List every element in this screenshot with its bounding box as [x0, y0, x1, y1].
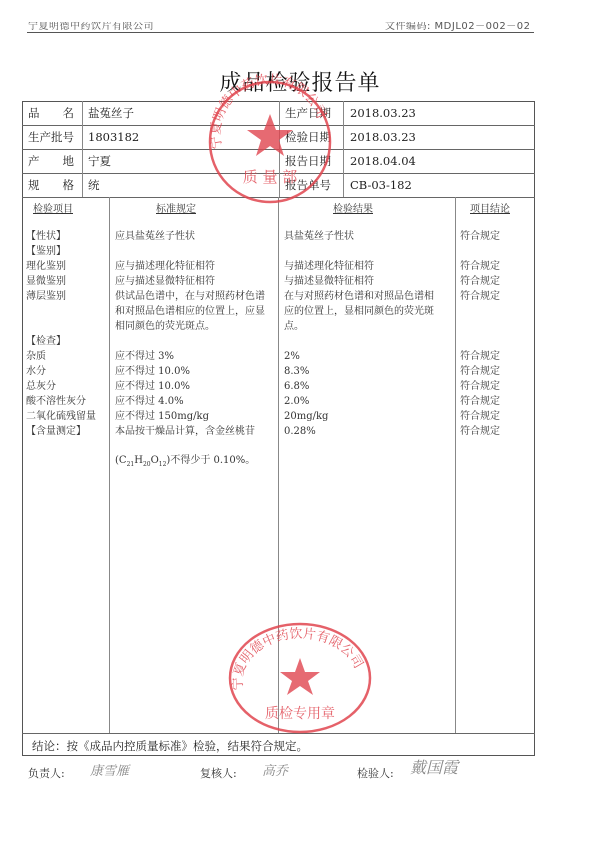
- table-row-item: 【性状】: [26, 229, 96, 244]
- table-row-result: 8.3%: [284, 364, 434, 379]
- table-row-item: 【含量测定】: [26, 424, 96, 439]
- table-row-conclusion: 符合规定: [460, 364, 500, 379]
- column-header-conclusion: 项目结论: [470, 200, 510, 215]
- table-row-item: 【鉴别】: [26, 244, 96, 259]
- table-row-result: 与描述理化特征相符: [284, 259, 434, 274]
- table-row-conclusion: 符合规定: [460, 424, 500, 439]
- table-row-standard: [115, 244, 265, 259]
- table-row-conclusion: 符合规定: [460, 394, 500, 409]
- column-header-standard: 标准规定: [156, 200, 196, 215]
- table-row-conclusion: 符合规定: [460, 349, 500, 364]
- divider: [278, 197, 279, 733]
- document-code: 文件编码: MDJL02－002－02: [385, 22, 530, 31]
- inspector-label: 检验人:: [357, 765, 394, 781]
- inspector-signature: 戴国霞: [410, 755, 458, 778]
- table-row-result: 2%: [284, 349, 434, 364]
- table-row-result: [284, 214, 434, 229]
- table-row-standard: 应不得过 10.0%: [115, 379, 265, 394]
- table-row-conclusion: [460, 334, 500, 349]
- batch-value: 1803182: [88, 130, 139, 144]
- table-row-result: 0.28%: [284, 424, 434, 439]
- table-row-standard: 供试品色谱中，在与对照药材色谱: [115, 289, 265, 304]
- responsible-label: 负责人:: [28, 765, 65, 781]
- origin-value: 宁夏: [88, 154, 111, 168]
- table-row-standard: 相同颜色的荧光斑点。: [115, 319, 265, 334]
- table-row-item: 薄层鉴别: [26, 289, 96, 304]
- table-row-result: 与描述显微特征相符: [284, 274, 434, 289]
- table-row-item: 显微鉴别: [26, 274, 96, 289]
- table-row-conclusion: 符合规定: [460, 289, 500, 304]
- table-row-conclusion: [460, 304, 500, 319]
- inspection-date-label: 检验日期: [285, 130, 331, 144]
- item-column: 【性状】【鉴别】理化鉴别显微鉴别薄层鉴别 【检查】杂质水分总灰分酸不溶性灰分二氧…: [26, 214, 96, 439]
- table-row-item: 【检查】: [26, 334, 96, 349]
- table-row-conclusion: [460, 244, 500, 259]
- table-row-result: 2.0%: [284, 394, 434, 409]
- product-name-value: 盐菟丝子: [88, 106, 134, 120]
- divider: [343, 101, 344, 197]
- table-row-standard: 应不得过 10.0%: [115, 364, 265, 379]
- divider: [82, 101, 83, 197]
- table-row-item: [26, 304, 96, 319]
- table-row-result: [284, 244, 434, 259]
- table-row-result: 20mg/kg: [284, 409, 434, 424]
- table-row-result: 应的位置上，显相同颜色的荧光斑: [284, 304, 434, 319]
- table-row-result: 具盐菟丝子性状: [284, 229, 434, 244]
- table-row-standard: 本品按干燥品计算，含金丝桃苷: [115, 424, 265, 439]
- spec-value: 统: [88, 178, 100, 192]
- table-row-result: 在与对照药材色谱和对照品色谱相: [284, 289, 434, 304]
- table-row-item: 理化鉴别: [26, 259, 96, 274]
- responsible-signature: 康雪雁: [90, 760, 129, 779]
- reviewer-signature: 高乔: [262, 760, 288, 779]
- table-row-item: 酸不溶性灰分: [26, 394, 96, 409]
- table-row-conclusion: [460, 319, 500, 334]
- assay-formula: (C21H20O12)不得少于 0.10%。: [115, 453, 255, 472]
- column-header-item: 检验项目: [33, 200, 73, 215]
- table-row-item: 杂质: [26, 349, 96, 364]
- report-date-label: 报告日期: [285, 154, 331, 168]
- table-row-conclusion: 符合规定: [460, 274, 500, 289]
- table-row-standard: 应不得过 150mg/kg: [115, 409, 265, 424]
- conclusion-column: 符合规定 符合规定符合规定符合规定 符合规定符合规定符合规定符合规定符合规定符合…: [460, 214, 500, 439]
- batch-label: 生产批号: [28, 130, 74, 144]
- table-row-conclusion: [460, 214, 500, 229]
- table-row-standard: 和对照品色谱相应的位置上，应显: [115, 304, 265, 319]
- table-row-standard: 应具盐菟丝子性状: [115, 229, 265, 244]
- page-title: 成品检验报告单: [0, 66, 600, 97]
- report-date-value: 2018.04.04: [350, 154, 416, 168]
- table-row-standard: 应与描述理化特征相符: [115, 259, 265, 274]
- table-row-standard: 应不得过 3%: [115, 349, 265, 364]
- standard-column: 应具盐菟丝子性状 应与描述理化特征相符应与描述显微特征相符供试品色谱中，在与对照…: [115, 214, 265, 439]
- header-divider: [27, 32, 534, 33]
- reviewer-label: 复核人:: [200, 765, 237, 781]
- table-row-item: 水分: [26, 364, 96, 379]
- table-row-result: 点。: [284, 319, 434, 334]
- production-date-label: 生产日期: [285, 106, 331, 120]
- table-row-result: 6.8%: [284, 379, 434, 394]
- table-row-conclusion: 符合规定: [460, 409, 500, 424]
- table-row-item: 总灰分: [26, 379, 96, 394]
- report-no-label: 报告单号: [285, 178, 331, 192]
- table-row-conclusion: 符合规定: [460, 229, 500, 244]
- divider: [22, 733, 535, 734]
- conclusion-text: 结论：按《成品内控质量标准》检验，结果符合规定。: [32, 738, 308, 754]
- table-row-standard: 应不得过 4.0%: [115, 394, 265, 409]
- production-date-value: 2018.03.23: [350, 106, 416, 120]
- inspection-date-value: 2018.03.23: [350, 130, 416, 144]
- table-row-conclusion: 符合规定: [460, 259, 500, 274]
- table-row-conclusion: 符合规定: [460, 379, 500, 394]
- product-name-label: 品 名: [28, 106, 74, 120]
- table-row-standard: 应与描述显微特征相符: [115, 274, 265, 289]
- table-row-standard: [115, 334, 265, 349]
- column-header-result: 检验结果: [333, 200, 373, 215]
- divider: [109, 197, 110, 733]
- company-header: 宁夏明德中药饮片有限公司: [28, 22, 154, 31]
- table-row-item: [26, 214, 96, 229]
- spec-label: 规 格: [28, 178, 74, 192]
- report-no-value: CB-03-182: [350, 178, 412, 192]
- divider: [279, 101, 280, 197]
- table-row-standard: [115, 214, 265, 229]
- divider: [455, 197, 456, 733]
- table-row-item: 二氧化硫残留量: [26, 409, 96, 424]
- origin-label: 产 地: [28, 154, 74, 168]
- table-row-item: [26, 319, 96, 334]
- result-column: 具盐菟丝子性状 与描述理化特征相符与描述显微特征相符在与对照药材色谱和对照品色谱…: [284, 214, 434, 439]
- table-row-result: [284, 334, 434, 349]
